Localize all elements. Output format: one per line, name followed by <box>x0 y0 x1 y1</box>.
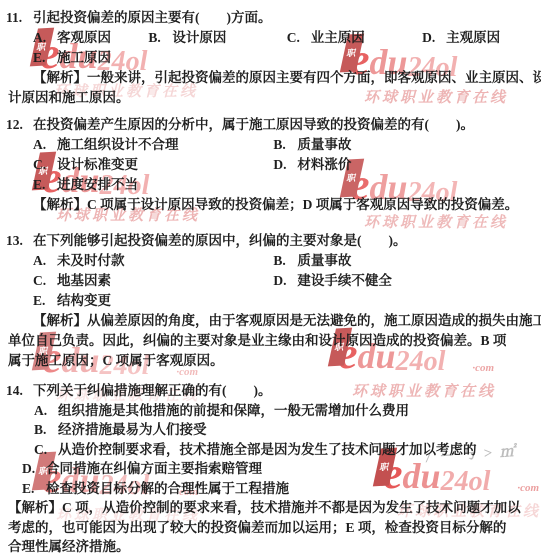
question-number: 14. <box>6 381 23 401</box>
question-13-options-row-1: A.未及时付款 B.质量事故 <box>0 251 541 271</box>
question-12-options-row-2: C.设计标准变更 D.材料涨价 <box>0 155 541 175</box>
option-e: E.施工原因 <box>0 48 541 68</box>
analysis-line: 合理性属经济措施。 <box>0 537 541 557</box>
option-d: D.建设手续不健全 <box>273 271 392 291</box>
analysis-line: 单位自己负责。因此，纠偏的主要对象是业主缘由和设计原因造成的投资偏差。B 项 <box>0 331 541 351</box>
stem-text: 在下列能够引起投资偏差的原因中，纠偏的主要对象是( )。 <box>33 233 407 248</box>
stem-text: 在投资偏差产生原因的分析中，属于施工原因导致的投资偏差的有( )。 <box>33 117 474 132</box>
option-d: D.主观原因 <box>422 28 500 48</box>
stem-text: 下列关于纠偏措施理解正确的有( )。 <box>33 383 272 398</box>
question-number: 12. <box>6 115 23 135</box>
question-11: 11. 引起投资偏差的原因主要有( )方面。 A.客观原因 B.设计原因 C.业… <box>0 8 541 108</box>
option-b: B.经济措施最易为人们接受 <box>0 420 541 440</box>
option-c: C.地基因素 <box>33 271 270 291</box>
question-13-stem: 13. 在下列能够引起投资偏差的原因中，纠偏的主要对象是( )。 <box>0 231 541 251</box>
option-c: C.设计标准变更 <box>33 155 270 175</box>
question-11-stem: 11. 引起投资偏差的原因主要有( )方面。 <box>0 8 541 28</box>
analysis-line: 属于施工原因；C 项属于客观原因。 <box>0 351 541 371</box>
analysis-line: 考虑的，也可能因为出现了较大的投资偏差而加以运用；E 项，检查投资目标分解的 <box>0 518 541 538</box>
option-a: A.未及时付款 <box>33 251 270 271</box>
option-e: E.进度安排不当 <box>0 175 541 195</box>
option-e: E.结构变更 <box>0 291 541 311</box>
option-e: E.检查投资目标分解的合理性属于工程措施 <box>0 479 541 499</box>
question-number: 13. <box>6 231 23 251</box>
question-14-stem: 14. 下列关于纠偏措施理解正确的有( )。 <box>0 381 541 401</box>
analysis-line: 计原因和施工原因。 <box>0 88 541 108</box>
question-13-options-row-2: C.地基因素 D.建设手续不健全 <box>0 271 541 291</box>
stem-text: 引起投资偏差的原因主要有( )方面。 <box>33 10 272 25</box>
question-14: 14. 下列关于纠偏措施理解正确的有( )。 A.组织措施是其他措施的前提和保障… <box>0 381 541 557</box>
option-a: A.组织措施是其他措施的前提和保障，一般无需增加什么费用 <box>0 401 541 421</box>
exam-page: 11. 引起投资偏差的原因主要有( )方面。 A.客观原因 B.设计原因 C.业… <box>0 0 541 557</box>
option-d: D.合同措施在纠偏方面主要指索赔管理 <box>0 459 541 479</box>
option-a: A.施工组织设计不合理 <box>33 135 270 155</box>
option-c: C.从造价控制要求看，技术措施全部是因为发生了技术问题才加以考虑的 <box>0 440 541 460</box>
analysis-line: 【解析】从偏差原因的角度，由于客观原因是无法避免的，施工原因造成的损失由施工 <box>0 311 541 331</box>
question-13: 13. 在下列能够引起投资偏差的原因中，纠偏的主要对象是( )。 A.未及时付款… <box>0 231 541 371</box>
option-b: B.设计原因 <box>148 28 283 48</box>
question-number: 11. <box>6 8 22 28</box>
option-c: C.业主原因 <box>287 28 419 48</box>
question-12-stem: 12. 在投资偏差产生原因的分析中，属于施工原因导致的投资偏差的有( )。 <box>0 115 541 135</box>
option-a: A.客观原因 <box>33 28 145 48</box>
question-12: 12. 在投资偏差产生原因的分析中，属于施工原因导致的投资偏差的有( )。 A.… <box>0 115 541 215</box>
analysis-line: 【解析】C 项，从造价控制的要求来看，技术措施并不都是因为发生了技术问题才加以 <box>0 498 541 518</box>
option-d: D.材料涨价 <box>273 155 351 175</box>
question-12-options-row-1: A.施工组织设计不合理 B.质量事故 <box>0 135 541 155</box>
option-b: B.质量事故 <box>273 251 351 271</box>
question-11-options-row: A.客观原因 B.设计原因 C.业主原因 D.主观原因 <box>0 28 541 48</box>
option-b: B.质量事故 <box>273 135 351 155</box>
analysis-line: 【解析】C 项属于设计原因导致的投资偏差；D 项属于客观原因导致的投资偏差。 <box>0 195 541 215</box>
analysis-line: 【解析】一般来讲，引起投资偏差的原因主要有四个方面，即客观原因、业主原因、设 <box>0 68 541 88</box>
